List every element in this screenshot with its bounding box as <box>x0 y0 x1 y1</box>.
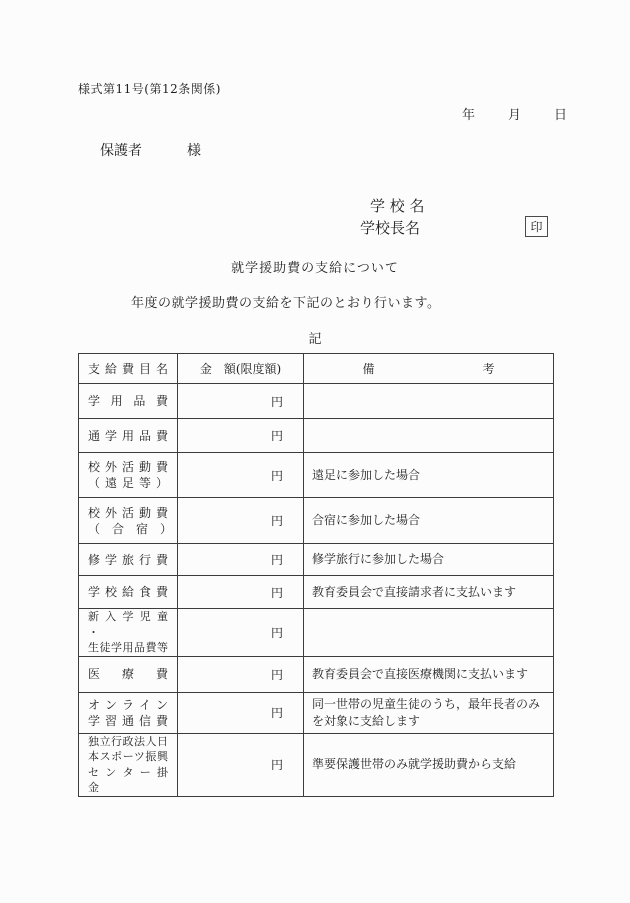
seal-stamp: 印 <box>530 218 542 235</box>
amount-cell: 円 <box>178 692 304 733</box>
table-row: 通 学 用 品 費 円 <box>79 419 554 453</box>
date-line: 年 月 日 <box>462 104 567 123</box>
date-day-label: 日 <box>554 104 567 123</box>
item-name-cell: 校 外 活 動 費 （ 遠 足 等 ） <box>79 453 178 498</box>
table-row: 修 学 旅 行 費 円 修学旅行に参加した場合 <box>79 544 554 576</box>
remarks-cell <box>304 384 554 419</box>
item-name-cell: 医 療 費 <box>79 656 178 692</box>
remarks-cell <box>304 609 554 657</box>
assistance-table: 支 給 費 目 名 金 額(限度額) 備 考 学 用 品 費 円 通 学 用 品… <box>78 353 554 797</box>
document-title: 就学援助費の支給について <box>0 257 630 276</box>
table-row: 校 外 活 動 費 （ 合 宿 ） 円 合宿に参加した場合 <box>79 498 554 544</box>
item-name-cell: 独立行政法人日 本スポーツ振興 セ ン タ ー 掛 金 <box>79 733 178 796</box>
header-amount: 金 額(限度額) <box>178 354 304 384</box>
remarks-cell: 準要保護世帯のみ就学援助費から支給 <box>304 733 554 796</box>
remarks-cell: 修学旅行に参加した場合 <box>304 544 554 576</box>
record-mark: 記 <box>0 328 630 347</box>
remarks-cell <box>304 419 554 453</box>
school-name-label: 学 校 名 <box>370 195 425 216</box>
item-name-cell: 学 校 給 食 費 <box>79 576 178 609</box>
table-row: 独立行政法人日 本スポーツ振興 セ ン タ ー 掛 金 円 準要保護世帯のみ就学… <box>79 733 554 796</box>
item-name-cell: オ ン ラ イ ン 学 習 通 信 費 <box>79 692 178 733</box>
amount-cell: 円 <box>178 419 304 453</box>
table-row: 校 外 活 動 費 （ 遠 足 等 ） 円 遠足に参加した場合 <box>79 453 554 498</box>
form-number-label: 様式第11号(第12条関係) <box>78 80 221 97</box>
remarks-cell: 遠足に参加した場合 <box>304 453 554 498</box>
amount-cell: 円 <box>178 576 304 609</box>
item-name-cell: 通 学 用 品 費 <box>79 419 178 453</box>
item-name-cell: 校 外 活 動 費 （ 合 宿 ） <box>79 498 178 544</box>
item-name-cell: 新 入 学 児 童 ・ 生徒学用品費等 <box>79 609 178 657</box>
amount-cell: 円 <box>178 656 304 692</box>
recipient-line: 保護者様 <box>100 140 201 160</box>
date-month-label: 月 <box>508 104 521 123</box>
header-remarks: 備 考 <box>304 354 554 384</box>
table-row: 新 入 学 児 童 ・ 生徒学用品費等 円 <box>79 609 554 657</box>
item-name-cell: 修 学 旅 行 費 <box>79 544 178 576</box>
honorific-label: 様 <box>187 143 201 159</box>
remarks-cell: 教育委員会で直接医療機関に支払います <box>304 656 554 692</box>
amount-cell: 円 <box>178 544 304 576</box>
table-row: 学 用 品 費 円 <box>79 384 554 419</box>
item-name-cell: 学 用 品 費 <box>79 384 178 419</box>
seal-box: 印 <box>525 216 548 237</box>
remarks-cell: 教育委員会で直接請求者に支払います <box>304 576 554 609</box>
remarks-cell: 同一世帯の児童生徒のうち，最年長者のみを対象に支給します <box>304 692 554 733</box>
amount-cell: 円 <box>178 733 304 796</box>
remarks-cell: 合宿に参加した場合 <box>304 498 554 544</box>
table-header-row: 支 給 費 目 名 金 額(限度額) 備 考 <box>79 354 554 384</box>
header-item-name: 支 給 費 目 名 <box>79 354 178 384</box>
amount-cell: 円 <box>178 498 304 544</box>
guardian-label: 保護者 <box>100 143 142 159</box>
amount-cell: 円 <box>178 384 304 419</box>
table-row: 学 校 給 食 費 円 教育委員会で直接請求者に支払います <box>79 576 554 609</box>
document-page: 様式第11号(第12条関係) 年 月 日 保護者様 学 校 名 学校長名 印 就… <box>0 0 630 903</box>
amount-cell: 円 <box>178 609 304 657</box>
body-text: 年度の就学援助費の支給を下記のとおり行います。 <box>131 292 440 311</box>
principal-name-label: 学校長名 <box>360 217 420 238</box>
amount-cell: 円 <box>178 453 304 498</box>
date-year-label: 年 <box>462 104 475 123</box>
table-row: 医 療 費 円 教育委員会で直接医療機関に支払います <box>79 656 554 692</box>
table-body: 学 用 品 費 円 通 学 用 品 費 円 校 外 活 動 費 （ 遠 足 等 … <box>79 384 554 797</box>
assistance-table-grid: 支 給 費 目 名 金 額(限度額) 備 考 学 用 品 費 円 通 学 用 品… <box>78 353 554 797</box>
table-row: オ ン ラ イ ン 学 習 通 信 費 円 同一世帯の児童生徒のうち，最年長者の… <box>79 692 554 733</box>
